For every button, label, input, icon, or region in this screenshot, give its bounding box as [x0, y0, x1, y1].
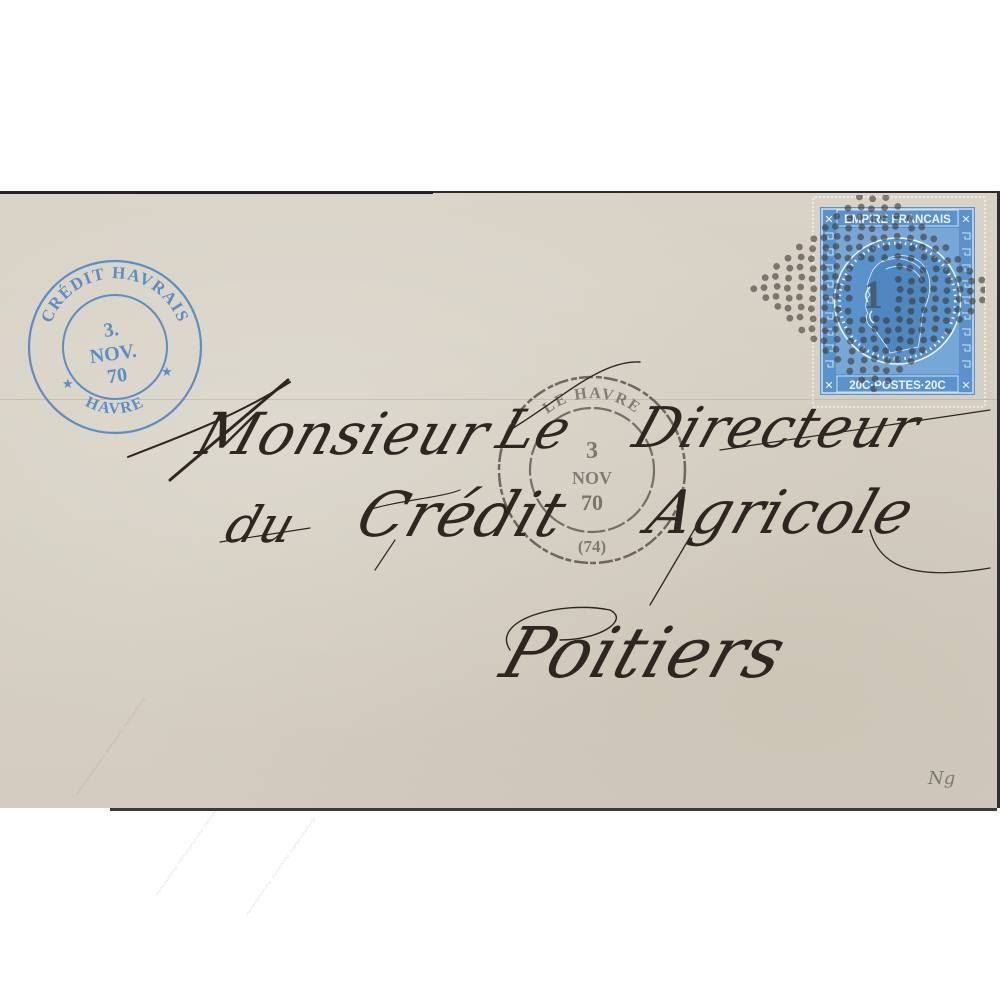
address-city: Poitiers [492, 612, 797, 694]
address-organization-1: Crédit [348, 478, 576, 551]
top-edge-shadow [0, 191, 433, 194]
svg-text:70: 70 [581, 490, 603, 515]
svg-text:NOV.: NOV. [88, 340, 137, 368]
address-salutation: Monsieur [189, 400, 498, 468]
svg-text:★: ★ [161, 365, 173, 380]
svg-text:70: 70 [106, 364, 129, 389]
svg-text:3: 3 [586, 438, 598, 464]
svg-text:(74): (74) [578, 537, 606, 556]
address-title: Directeur [625, 396, 928, 461]
pencil-annotation: Ng [928, 768, 955, 789]
losange-dot-cancellation: 1 [725, 195, 985, 405]
bleed-through-text: ~~~~~~~ ~~~~ ~~~~~ [70, 693, 151, 800]
bleed-through-text: ~~~~~ ~~~~~~ ~~~ [150, 805, 223, 900]
svg-text:1: 1 [863, 272, 883, 317]
svg-text:HAVRE: HAVRE [83, 394, 147, 418]
svg-text:★: ★ [62, 377, 74, 392]
svg-text:NOV: NOV [572, 468, 612, 488]
credit-havrais-cachet: CRÉDIT HAVRAIS HAVRE ★ ★ 3. NOV. 70 [26, 258, 204, 436]
svg-text:3.: 3. [102, 318, 120, 342]
address-organization-2: Agricole [639, 478, 924, 548]
bottom-edge-shadow [110, 808, 997, 811]
bleed-through-text: ~~~~~~ ~~~~ ~~~~~~ [240, 813, 321, 920]
